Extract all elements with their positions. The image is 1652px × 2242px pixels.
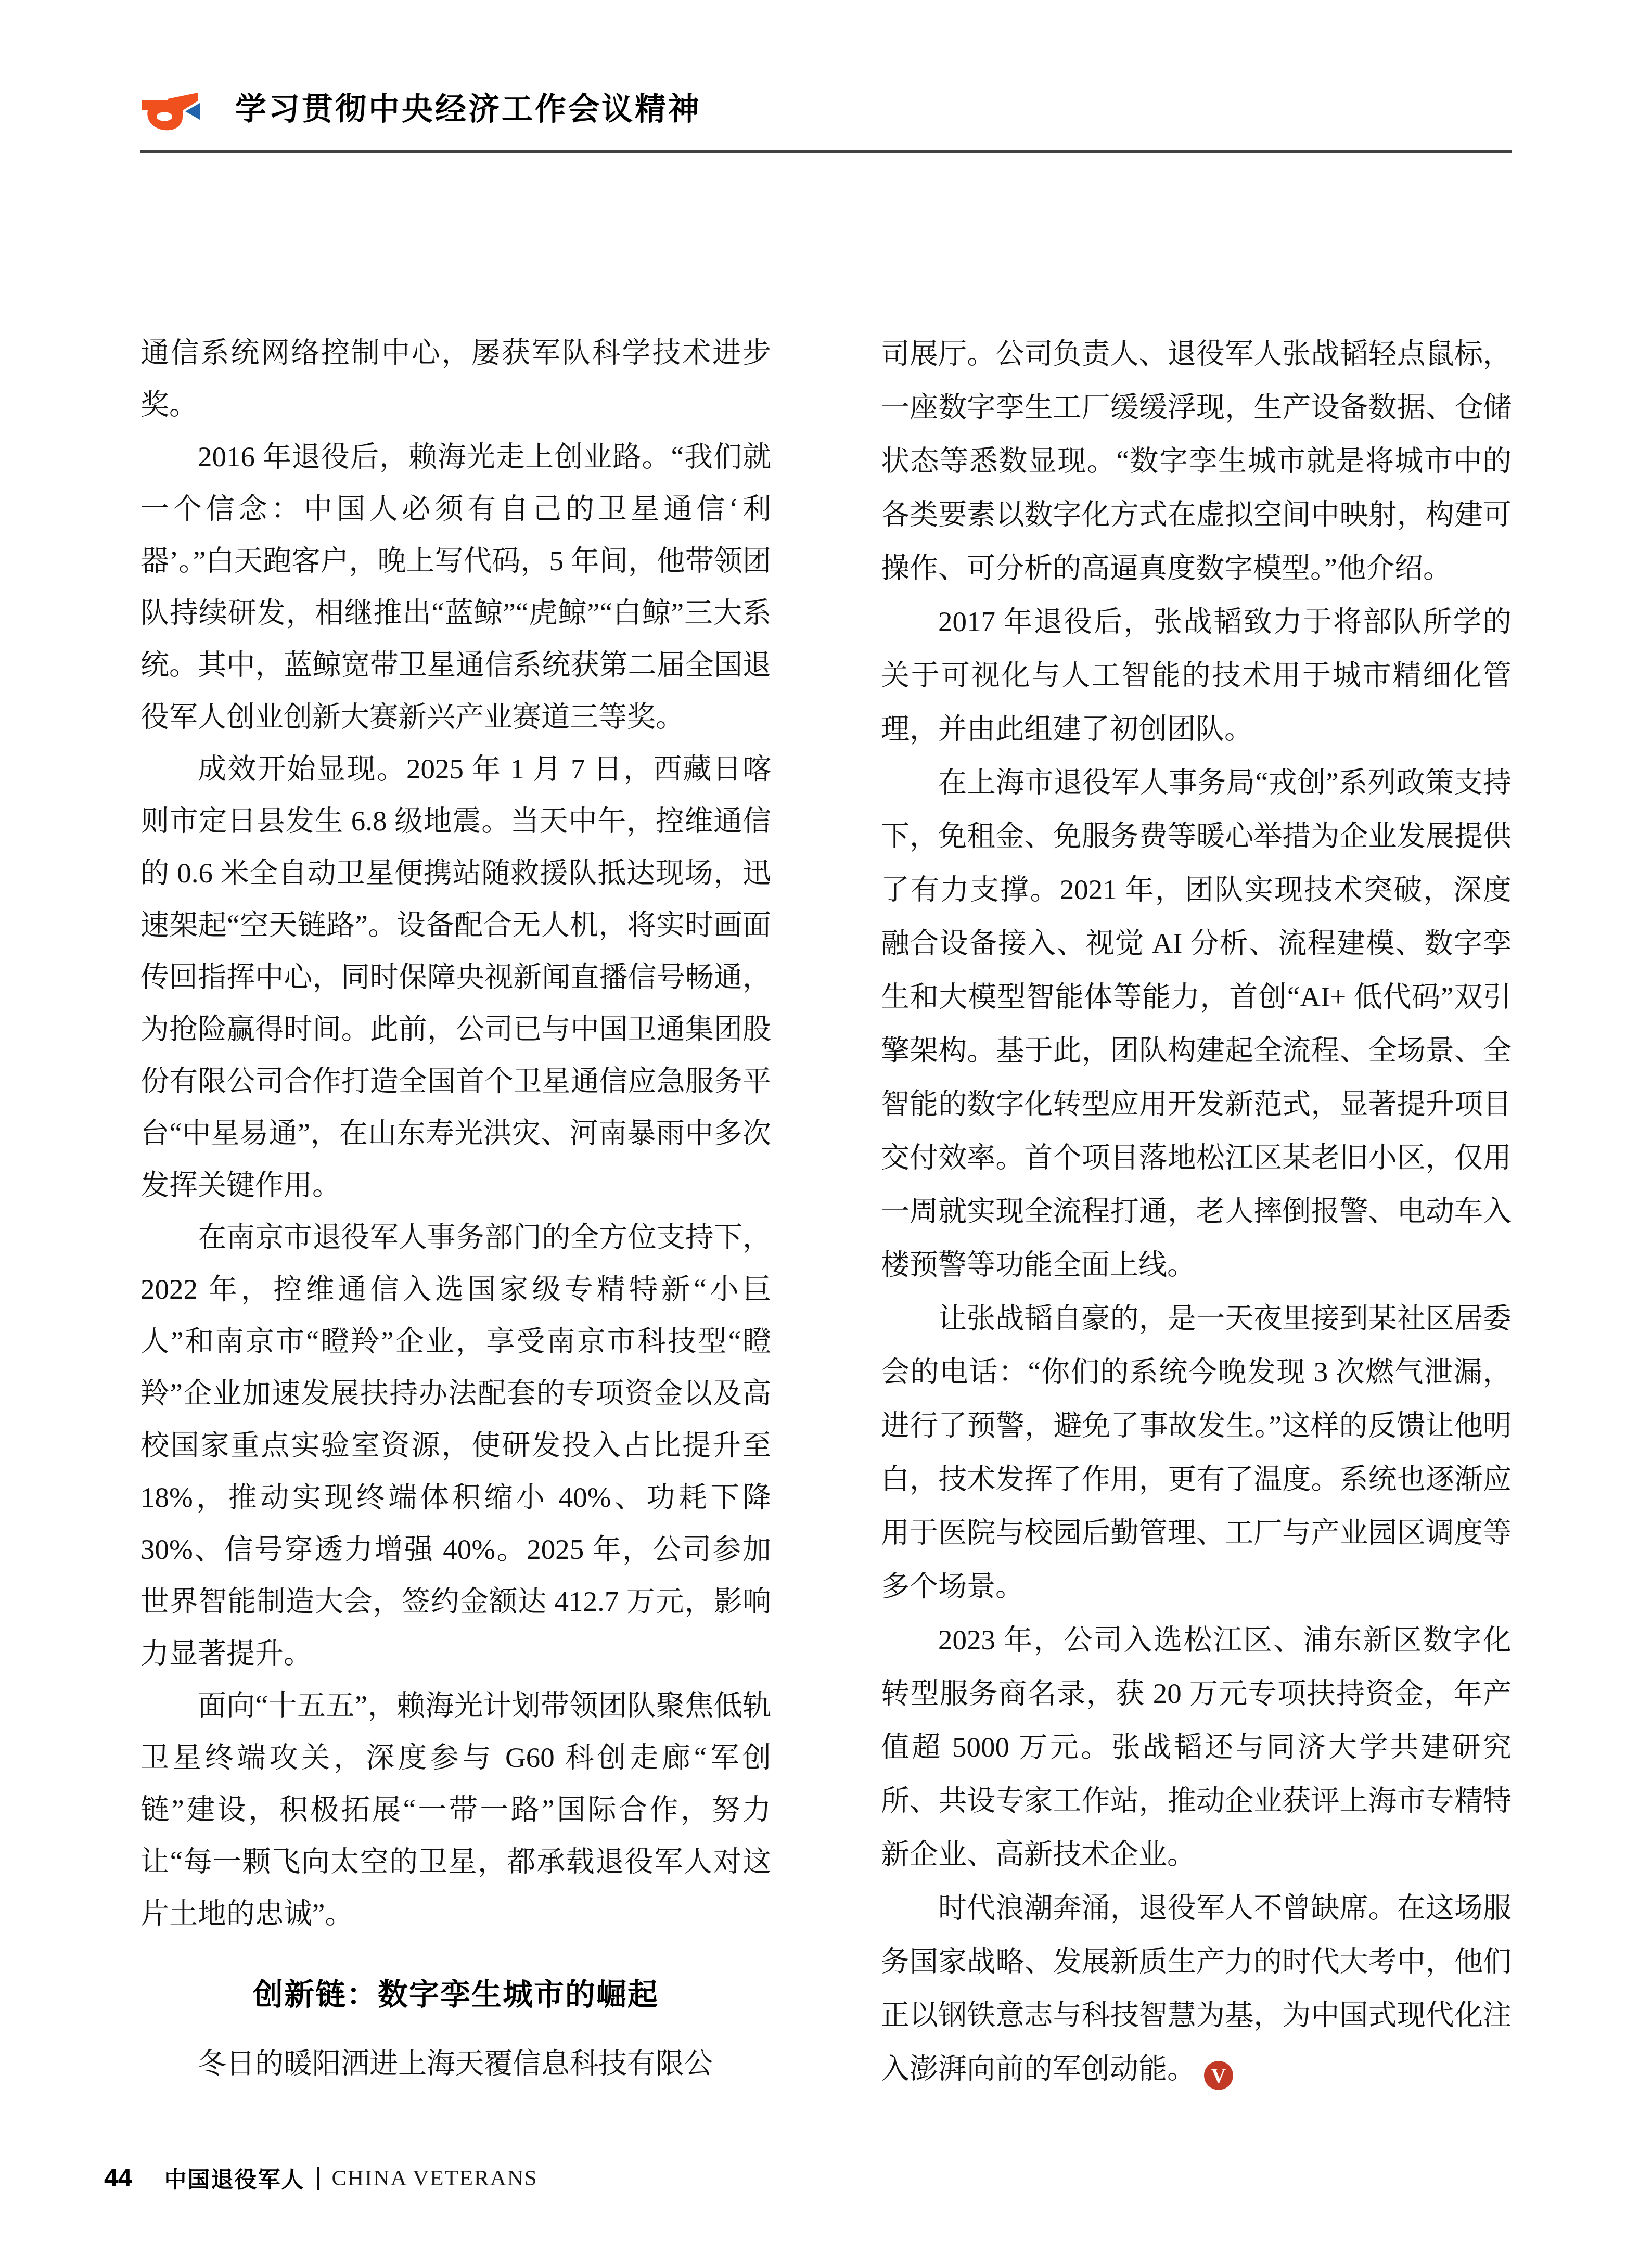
paragraph: 面向“十五五”，赖海光计划带领团队聚焦低轨卫星终端攻关，深度参与 G60 科创走… [140,1680,771,1940]
paragraph: 在南京市退役军人事务部门的全方位支持下，2022 年，控维通信入选国家级专精特新… [140,1211,771,1680]
section-banner-title: 学习贯彻中央经济工作会议精神 [235,91,701,128]
article-end-badge: V [1204,2061,1233,2090]
paragraph: 2023 年，公司入选松江区、浦东新区数字化转型服务商名录，获 20 万元专项扶… [881,1613,1512,1881]
footer-divider [317,2167,319,2190]
header-divider [140,150,1512,153]
magazine-page: 学习贯彻中央经济工作会议精神 通信系统网络控制中心，屡获军队科学技术进步奖。20… [0,0,1652,2242]
paragraph: 通信系统网络控制中心，屡获军队科学技术进步奖。 [140,327,771,431]
paragraph: 在上海市退役军人事务局“戎创”系列政策支持下，免租金、免服务费等暖心举措为企业发… [881,755,1512,1291]
article-column-right: 司展厅。公司负责人、退役军人张战韬轻点鼠标，一座数字孪生工厂缓缓浮现，生产设备数… [881,327,1512,2095]
magazine-title-en: CHINA VETERANS [331,2166,537,2191]
article-column-left: 通信系统网络控制中心，屡获军队科学技术进步奖。2016 年退役后，赖海光走上创业… [140,327,771,2090]
page-footer: 44 中国退役军人 CHINA VETERANS [104,2162,538,2194]
paragraph: 时代浪潮奔涌，退役军人不曾缺席。在这场服务国家战略、发展新质生产力的时代大考中，… [881,1881,1512,2095]
magazine-title-cn: 中国退役军人 [164,2162,304,2194]
paragraph: 成效开始显现。2025 年 1 月 7 日，西藏日喀则市定日县发生 6.8 级地… [140,743,771,1211]
paragraph: 冬日的暖阳洒进上海天覆信息科技有限公 [140,2038,771,2090]
bugle-logo-icon [142,93,200,132]
page-number: 44 [104,2164,132,2193]
section-heading: 创新链：数字孪生城市的崛起 [140,1976,771,2014]
paragraph: 2016 年退役后，赖海光走上创业路。“我们就一个信念：中国人必须有自己的卫星通… [140,431,771,743]
paragraph: 让张战韬自豪的，是一天夜里接到某社区居委会的电话：“你们的系统今晚发现 3 次燃… [881,1291,1512,1613]
paragraph: 2017 年退役后，张战韬致力于将部队所学的关于可视化与人工智能的技术用于城市精… [881,595,1512,755]
paragraph: 司展厅。公司负责人、退役军人张战韬轻点鼠标，一座数字孪生工厂缓缓浮现，生产设备数… [881,327,1512,595]
